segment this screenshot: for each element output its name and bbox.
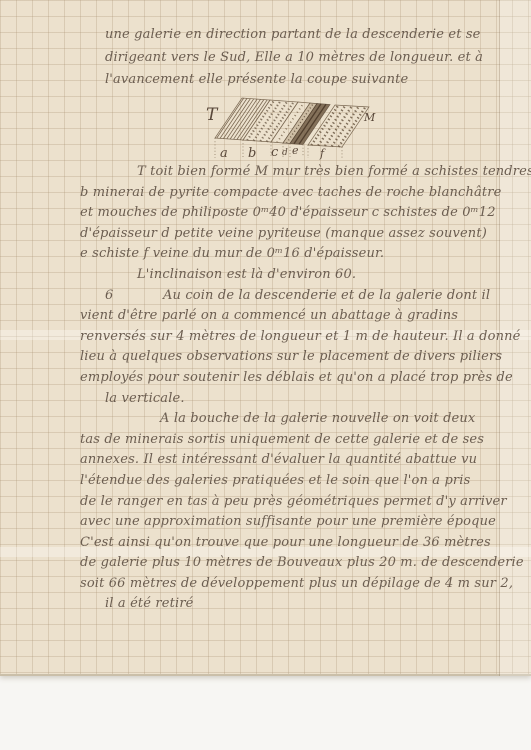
manuscript-line: tas de minerais sortis uniquement de cet… — [75, 430, 511, 451]
roof-label: T — [206, 105, 219, 125]
manuscript-line: vient d'être parlé on a commencé un abat… — [75, 306, 511, 327]
stratum-label-b: b — [248, 146, 256, 161]
manuscript-line: une galerie en direction partant de la d… — [75, 24, 511, 47]
strata-diagram: T M — [170, 94, 400, 166]
manuscript-line: 6Au coin de la descenderie et de la gale… — [75, 286, 511, 307]
manuscript-line: soit 66 mètres de développement plus un … — [75, 574, 511, 595]
stratum-label-d: d — [282, 148, 288, 158]
stratum-label-a: a — [220, 146, 228, 161]
manuscript-line: d'épaisseur d petite veine pyriteuse (ma… — [75, 224, 511, 245]
manuscript-line: T toit bien formé M mur très bien formé … — [75, 162, 511, 183]
manuscript-line: de galerie plus 10 mètres de Bouveaux pl… — [75, 553, 511, 574]
stratum-labels: a b c d e f — [220, 144, 326, 161]
stratum-label-f: f — [319, 147, 326, 160]
manuscript-line: L'inclinaison est là d'environ 60. — [75, 265, 511, 286]
manuscript-line: avec une approximation suffisante pour u… — [75, 512, 511, 533]
manuscript-line: la verticale. — [75, 389, 511, 410]
manuscript-line: A la bouche de la galerie nouvelle on vo… — [75, 409, 511, 430]
manuscript-line: renversés sur 4 mètres de longueur et 1 … — [75, 327, 511, 348]
manuscript-line: e schiste f veine du mur de 0ᵐ16 d'épais… — [75, 244, 511, 265]
stratum-label-e: e — [292, 144, 299, 157]
manuscript-line: C'est ainsi qu'on trouve que pour une lo… — [75, 533, 511, 554]
manuscript-line: l'étendue des galeries pratiquées et le … — [75, 471, 511, 492]
manuscript-line: dirigeant vers le Sud, Elle a 10 mètres … — [75, 47, 511, 70]
margin-mark: 6 — [105, 286, 163, 307]
scanned-manuscript: une galerie en direction partant de la d… — [0, 0, 531, 750]
manuscript-line: b minerai de pyrite compacte avec taches… — [75, 183, 511, 204]
manuscript-line: de le ranger en tas à peu près géométriq… — [75, 492, 511, 513]
manuscript-line: il a été retiré — [75, 594, 511, 615]
stratum-label-c: c — [271, 145, 279, 160]
manuscript-line: et mouches de philiposte 0ᵐ40 d'épaisseu… — [75, 203, 511, 224]
manuscript-text-main: T toit bien formé M mur très bien formé … — [75, 162, 511, 615]
manuscript-line: annexes. Il est intéressant d'évaluer la… — [75, 450, 511, 471]
manuscript-text-top: une galerie en direction partant de la d… — [75, 24, 511, 92]
manuscript-line: l'avancement elle présente la coupe suiv… — [75, 69, 511, 92]
manuscript-line: employés pour soutenir les déblais et qu… — [75, 368, 511, 389]
manuscript-line: lieu à quelques observations sur le plac… — [75, 347, 511, 368]
manuscript-page: une galerie en direction partant de la d… — [0, 0, 531, 676]
